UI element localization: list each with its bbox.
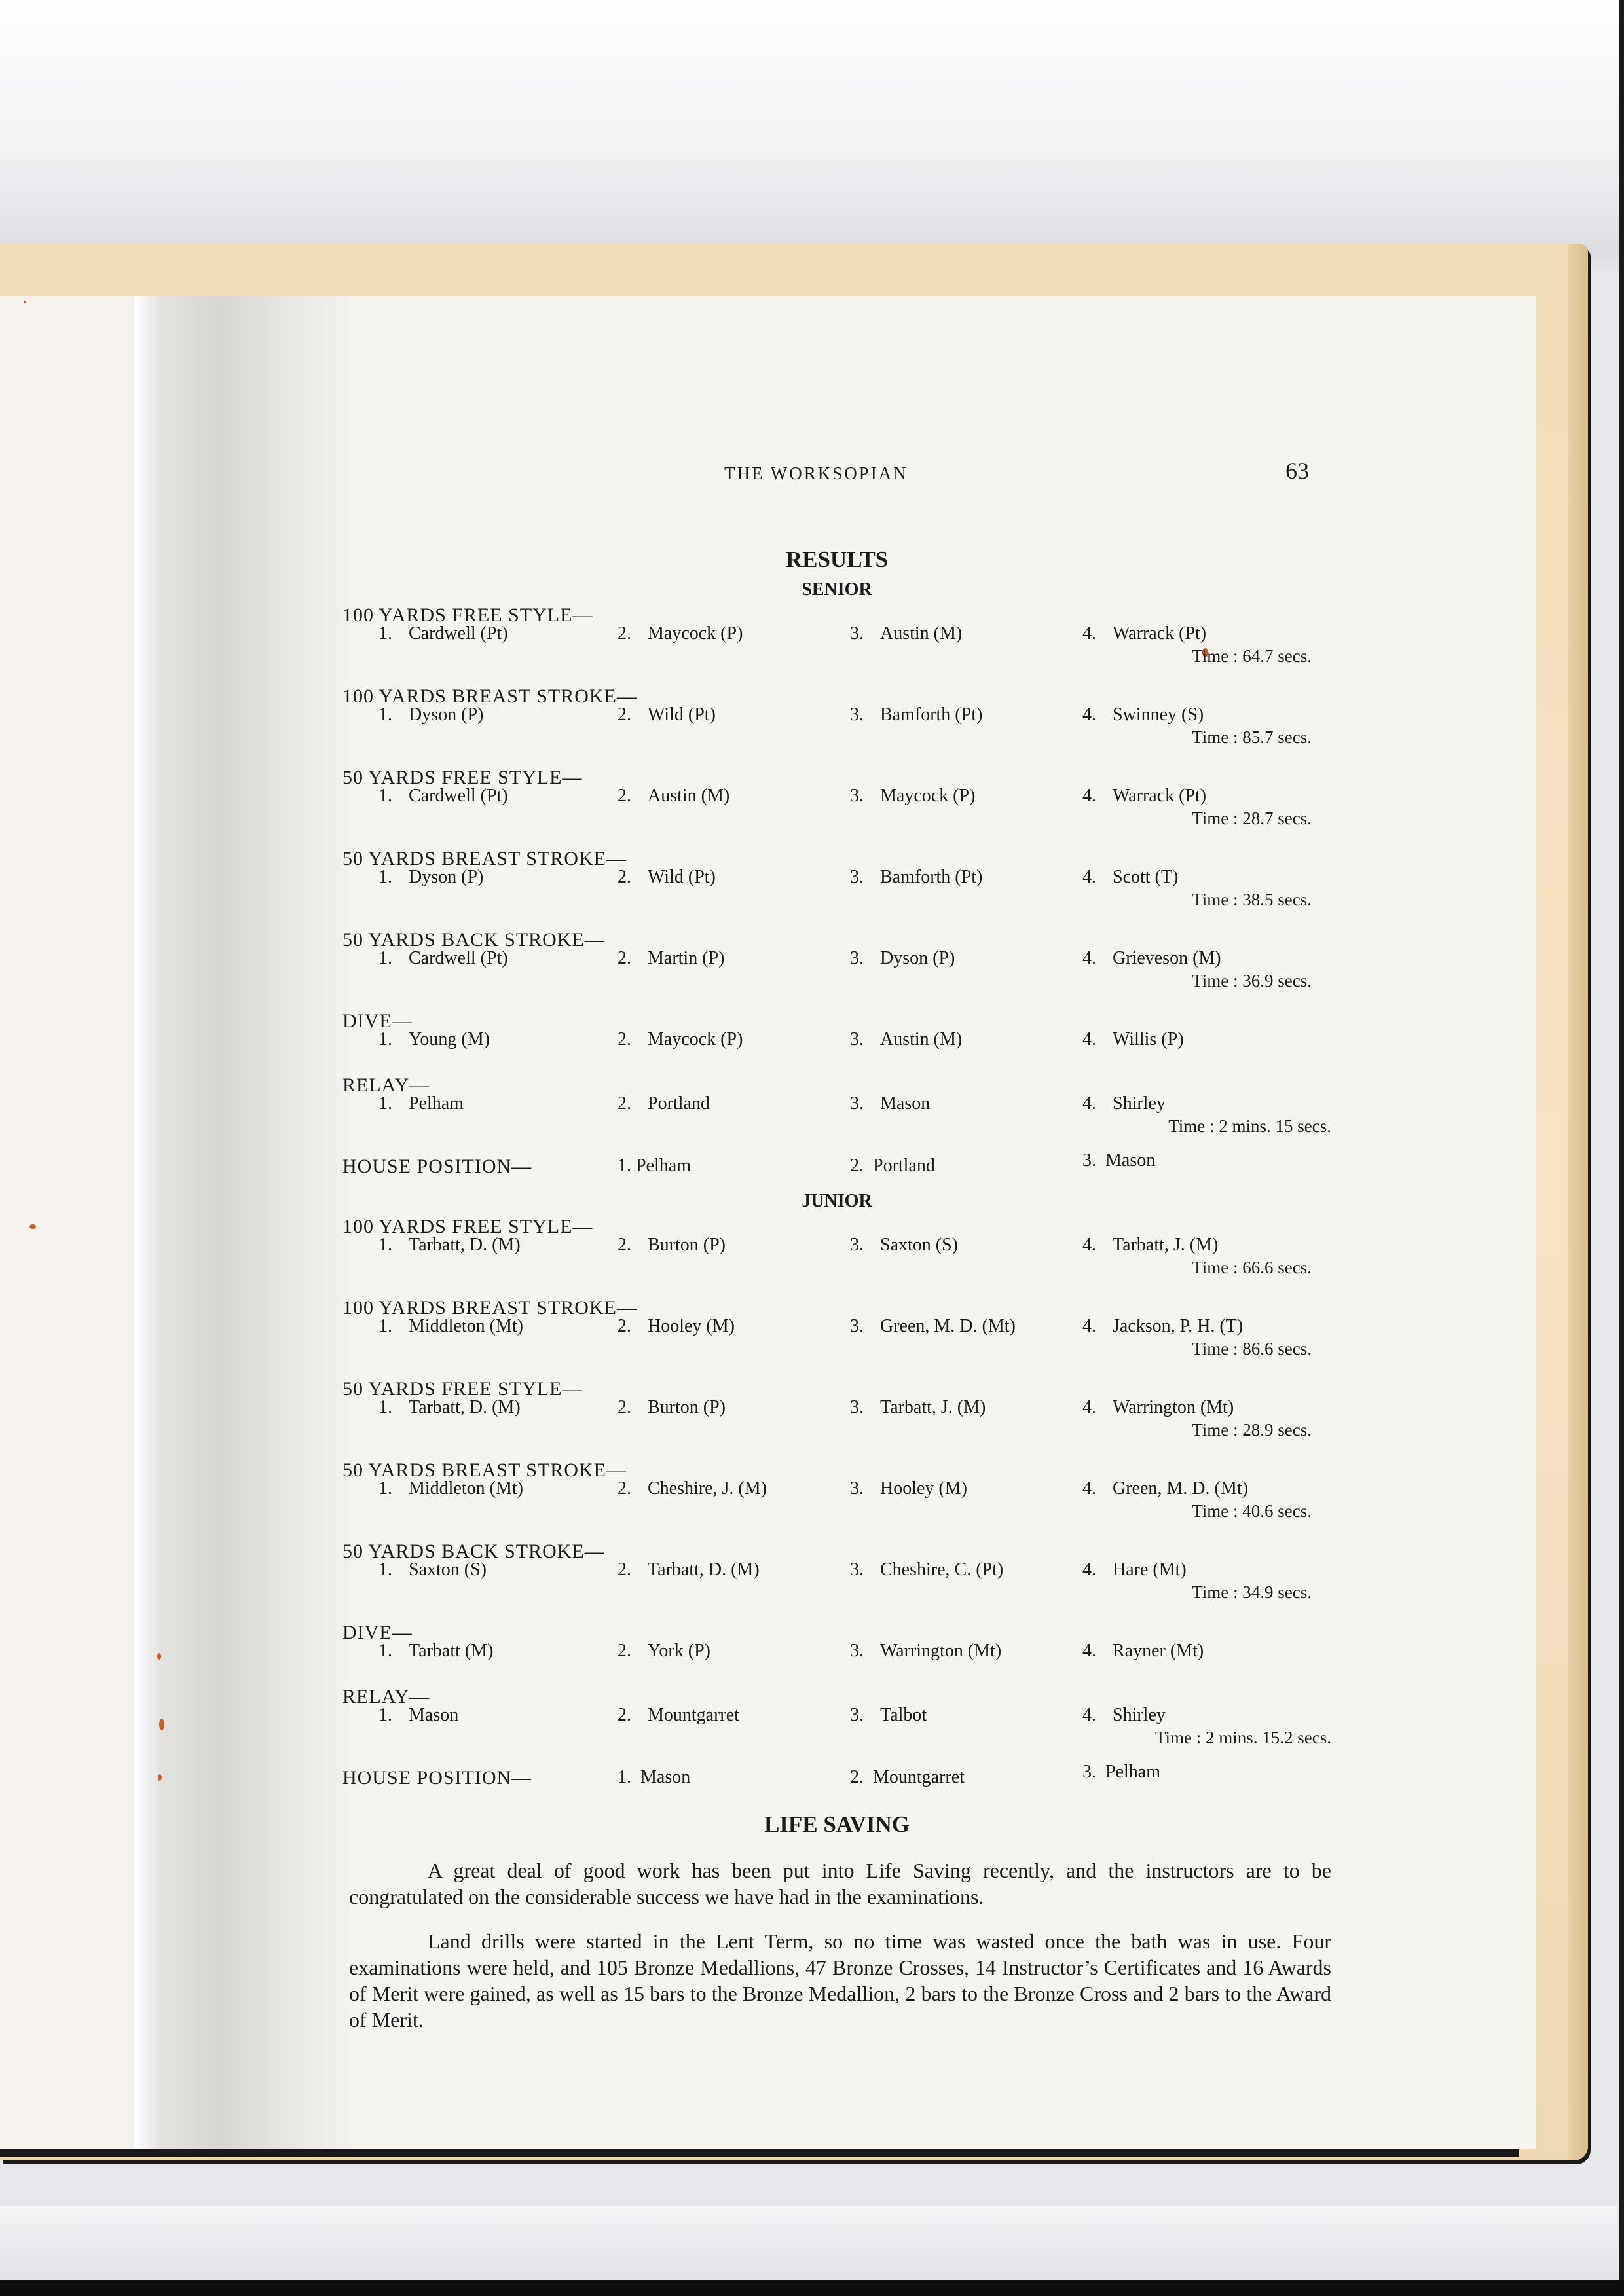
senior-events: 100 YARDS FREE STYLE— 1.Cardwell (Pt) 2.… [342, 604, 1331, 1136]
place-2: 2.Wild (Pt) [618, 704, 716, 726]
event-result: RELAY— 1.Pelham 2.Portland 3.Mason 4.Shi… [342, 1074, 1331, 1136]
event-places: 1.Tarbatt, D. (M) 2.Burton (P) 3.Saxton … [342, 1238, 1331, 1260]
place-2: 2.Wild (Pt) [618, 866, 716, 888]
place-2: 2.Burton (P) [618, 1234, 726, 1256]
place-3: 3.Austin (M) [850, 623, 962, 645]
place-2: 2.Maycock (P) [618, 1029, 743, 1051]
results-heading: RESULTS [342, 547, 1331, 573]
place-1: 1.Cardwell (Pt) [378, 785, 508, 807]
place-3: 3.Austin (M) [850, 1029, 962, 1051]
place-4: 4.Green, M. D. (Mt) [1082, 1478, 1248, 1500]
house-place-1: 1. Mason [618, 1767, 690, 1788]
place-1: 1.Pelham [378, 1093, 464, 1115]
event-places: 1.Young (M) 2.Maycock (P) 3.Austin (M) 4… [342, 1032, 1331, 1055]
house-place-2: 2. Portland [850, 1156, 935, 1176]
house-place-1: 1. Pelham [618, 1156, 691, 1176]
place-1: 1.Young (M) [378, 1029, 490, 1051]
place-2: 2.Tarbatt, D. (M) [618, 1559, 760, 1581]
event-result: 50 YARDS FREE STYLE— 1.Cardwell (Pt) 2.A… [342, 767, 1331, 828]
book-cover-edge [1568, 244, 1588, 2160]
place-1: 1.Tarbatt, D. (M) [378, 1234, 521, 1256]
place-2: 2.Martin (P) [618, 947, 724, 970]
event-time: Time : 86.6 secs. [342, 1339, 1331, 1358]
place-4: 4.Shirley [1082, 1093, 1166, 1115]
scanner-edge-bottom [0, 2280, 1624, 2296]
place-4: 4.Warrington (Mt) [1082, 1396, 1234, 1419]
place-1: 1.Middleton (Mt) [378, 1315, 523, 1338]
junior-heading: JUNIOR [342, 1191, 1331, 1212]
event-time: Time : 2 mins. 15 secs. [342, 1116, 1331, 1136]
foxing-speck [29, 1224, 36, 1229]
left-page [0, 296, 134, 2149]
place-1: 1.Dyson (P) [378, 704, 483, 726]
foxing-speck [24, 301, 26, 303]
place-2: 2.Mountgarret [618, 1704, 739, 1726]
place-1: 1.Mason [378, 1704, 458, 1726]
senior-heading: SENIOR [342, 579, 1331, 600]
event-places: 1.Cardwell (Pt) 2.Austin (M) 3.Maycock (… [342, 789, 1331, 811]
event-places: 1.Dyson (P) 2.Wild (Pt) 3.Bamforth (Pt) … [342, 870, 1331, 892]
senior-house-position: HOUSE POSITION— 1. Pelham 2. Portland 3.… [342, 1156, 1331, 1180]
scanner-background [0, 2206, 1617, 2280]
event-result: 50 YARDS BREAST STROKE— 1.Dyson (P) 2.Wi… [342, 848, 1331, 909]
book-spine-gutter [134, 296, 350, 2149]
place-1: 1.Tarbatt (M) [378, 1640, 493, 1662]
place-1: 1.Cardwell (Pt) [378, 947, 508, 970]
event-result: RELAY— 1.Mason 2.Mountgarret 3.Talbot 4.… [342, 1686, 1331, 1747]
place-3: 3.Warrington (Mt) [850, 1640, 1001, 1662]
life-saving-paragraph: A great deal of good work has been put i… [349, 1857, 1331, 1910]
event-title: RELAY— [342, 1686, 1331, 1708]
junior-house-position: HOUSE POSITION— 1. Mason 2. Mountgarret … [342, 1767, 1331, 1792]
event-result: 100 YARDS FREE STYLE— 1.Cardwell (Pt) 2.… [342, 604, 1331, 666]
place-4: 4.Warrack (Pt) [1082, 785, 1206, 807]
place-3: 3.Cheshire, C. (Pt) [850, 1559, 1003, 1581]
house-place-3: 3. Mason [1082, 1150, 1155, 1171]
event-title: RELAY— [342, 1074, 1331, 1097]
event-time: Time : 28.9 secs. [342, 1420, 1331, 1440]
place-4: 4.Hare (Mt) [1082, 1559, 1187, 1581]
cover-shadow-edge [0, 2149, 1519, 2157]
place-3: 3.Mason [850, 1093, 930, 1115]
event-places: 1.Saxton (S) 2.Tarbatt, D. (M) 3.Cheshir… [342, 1563, 1331, 1585]
place-4: 4.Grieveson (M) [1082, 947, 1221, 970]
event-places: 1.Cardwell (Pt) 2.Martin (P) 3.Dyson (P)… [342, 951, 1331, 974]
place-4: 4.Jackson, P. H. (T) [1082, 1315, 1243, 1338]
event-result: 50 YARDS BACK STROKE— 1.Saxton (S) 2.Tar… [342, 1540, 1331, 1602]
event-time: Time : 64.7 secs. [342, 646, 1331, 666]
event-places: 1.Tarbatt, D. (M) 2.Burton (P) 3.Tarbatt… [342, 1400, 1331, 1423]
place-3: 3.Green, M. D. (Mt) [850, 1315, 1016, 1338]
event-result: 100 YARDS FREE STYLE— 1.Tarbatt, D. (M) … [342, 1216, 1331, 1277]
place-2: 2.Hooley (M) [618, 1315, 735, 1338]
scanner-edge-right [1619, 0, 1624, 2296]
event-result: 100 YARDS BREAST STROKE— 1.Middleton (Mt… [342, 1297, 1331, 1358]
place-2: 2.Maycock (P) [618, 623, 743, 645]
foxing-speck [159, 1719, 164, 1730]
event-time: Time : 36.9 secs. [342, 971, 1331, 991]
life-saving-paragraph: Land drills were started in the Lent Ter… [349, 1928, 1331, 2033]
place-3: 3.Talbot [850, 1704, 927, 1726]
place-3: 3.Maycock (P) [850, 785, 975, 807]
place-3: 3.Saxton (S) [850, 1234, 958, 1256]
event-result: 50 YARDS BACK STROKE— 1.Cardwell (Pt) 2.… [342, 929, 1331, 991]
place-2: 2.Cheshire, J. (M) [618, 1478, 767, 1500]
event-places: 1.Dyson (P) 2.Wild (Pt) 3.Bamforth (Pt) … [342, 708, 1331, 730]
place-2: 2.Portland [618, 1093, 710, 1115]
place-1: 1.Saxton (S) [378, 1559, 487, 1581]
place-1: 1.Dyson (P) [378, 866, 483, 888]
place-3: 3.Bamforth (Pt) [850, 866, 982, 888]
place-4: 4.Swinney (S) [1082, 704, 1204, 726]
place-1: 1.Middleton (Mt) [378, 1478, 523, 1500]
place-4: 4.Willis (P) [1082, 1029, 1184, 1051]
event-places: 1.Mason 2.Mountgarret 3.Talbot 4.Shirley [342, 1708, 1331, 1730]
event-places: 1.Middleton (Mt) 2.Hooley (M) 3.Green, M… [342, 1319, 1331, 1341]
house-position-label: HOUSE POSITION— [342, 1156, 532, 1178]
event-time: Time : 40.6 secs. [342, 1501, 1331, 1521]
place-1: 1.Cardwell (Pt) [378, 623, 508, 645]
event-places: 1.Cardwell (Pt) 2.Maycock (P) 3.Austin (… [342, 627, 1331, 649]
place-4: 4.Warrack (Pt) [1082, 623, 1206, 645]
journal-title: THE WORKSOPIAN [724, 464, 908, 484]
event-places: 1.Middleton (Mt) 2.Cheshire, J. (M) 3.Ho… [342, 1482, 1331, 1504]
place-4: 4.Rayner (Mt) [1082, 1640, 1204, 1662]
event-time: Time : 38.5 secs. [342, 890, 1331, 909]
house-place-3: 3. Pelham [1082, 1762, 1160, 1783]
event-result: 50 YARDS FREE STYLE— 1.Tarbatt, D. (M) 2… [342, 1378, 1331, 1440]
place-3: 3.Hooley (M) [850, 1478, 967, 1500]
page-content: THE WORKSOPIAN 63 RESULTS SENIOR 100 YAR… [342, 452, 1331, 2051]
page-number: 63 [1285, 457, 1309, 484]
event-time: Time : 28.7 secs. [342, 809, 1331, 828]
place-2: 2.York (P) [618, 1640, 710, 1662]
event-places: 1.Pelham 2.Portland 3.Mason 4.Shirley [342, 1097, 1331, 1119]
event-time: Time : 66.6 secs. [342, 1258, 1331, 1277]
event-title: 50 YARDS BREAST STROKE— [342, 848, 1331, 870]
place-2: 2.Austin (M) [618, 785, 729, 807]
place-4: 4.Tarbatt, J. (M) [1082, 1234, 1218, 1256]
place-2: 2.Burton (P) [618, 1396, 726, 1419]
place-3: 3.Dyson (P) [850, 947, 955, 970]
house-place-2: 2. Mountgarret [850, 1767, 965, 1788]
house-position-label: HOUSE POSITION— [342, 1767, 532, 1789]
event-result: DIVE— 1.Young (M) 2.Maycock (P) 3.Austin… [342, 1010, 1331, 1055]
junior-events: 100 YARDS FREE STYLE— 1.Tarbatt, D. (M) … [342, 1216, 1331, 1747]
foxing-speck [157, 1653, 161, 1660]
running-head: THE WORKSOPIAN 63 [342, 452, 1331, 491]
event-result: 100 YARDS BREAST STROKE— 1.Dyson (P) 2.W… [342, 685, 1331, 747]
event-result: 50 YARDS BREAST STROKE— 1.Middleton (Mt)… [342, 1459, 1331, 1521]
event-time: Time : 85.7 secs. [342, 727, 1331, 747]
foxing-speck [158, 1774, 162, 1781]
life-saving-heading: LIFE SAVING [342, 1812, 1331, 1838]
event-result: DIVE— 1.Tarbatt (M) 2.York (P) 3.Warring… [342, 1622, 1331, 1666]
place-3: 3.Tarbatt, J. (M) [850, 1396, 986, 1419]
event-time: Time : 2 mins. 15.2 secs. [342, 1728, 1331, 1747]
event-places: 1.Tarbatt (M) 2.York (P) 3.Warrington (M… [342, 1644, 1331, 1666]
place-3: 3.Bamforth (Pt) [850, 704, 982, 726]
place-1: 1.Tarbatt, D. (M) [378, 1396, 521, 1419]
place-4: 4.Shirley [1082, 1704, 1166, 1726]
event-time: Time : 34.9 secs. [342, 1582, 1331, 1602]
place-4: 4.Scott (T) [1082, 866, 1178, 888]
